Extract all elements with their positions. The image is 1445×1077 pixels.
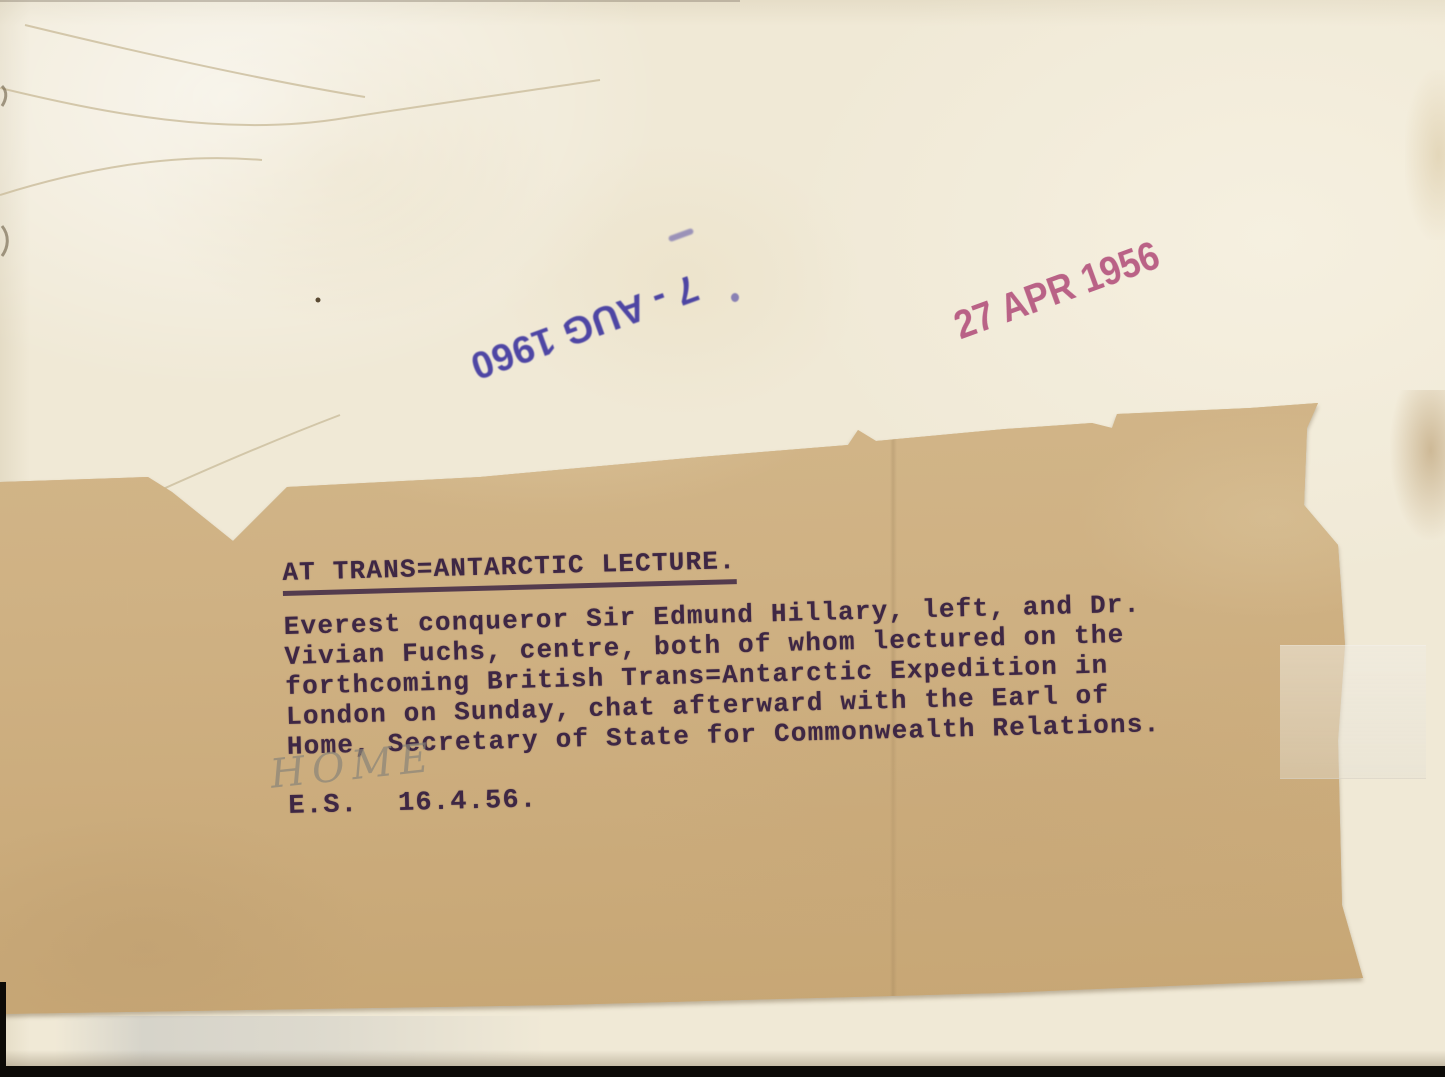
photo-verso-scan: 7 - AUG 1960 27 APR 1956 AT TRANS=ANTARC… <box>0 0 1445 1077</box>
scan-bottom-edge <box>0 1066 1445 1077</box>
caption-label-paper <box>0 0 1445 1077</box>
credit-date: 16.4.56. <box>398 785 538 819</box>
scan-top-edge <box>0 0 740 2</box>
caption-label-wrap <box>0 0 1445 1077</box>
scan-left-edge <box>0 982 6 1077</box>
tape-piece <box>1280 645 1426 779</box>
paper-bottom-shadow <box>0 1050 1445 1066</box>
